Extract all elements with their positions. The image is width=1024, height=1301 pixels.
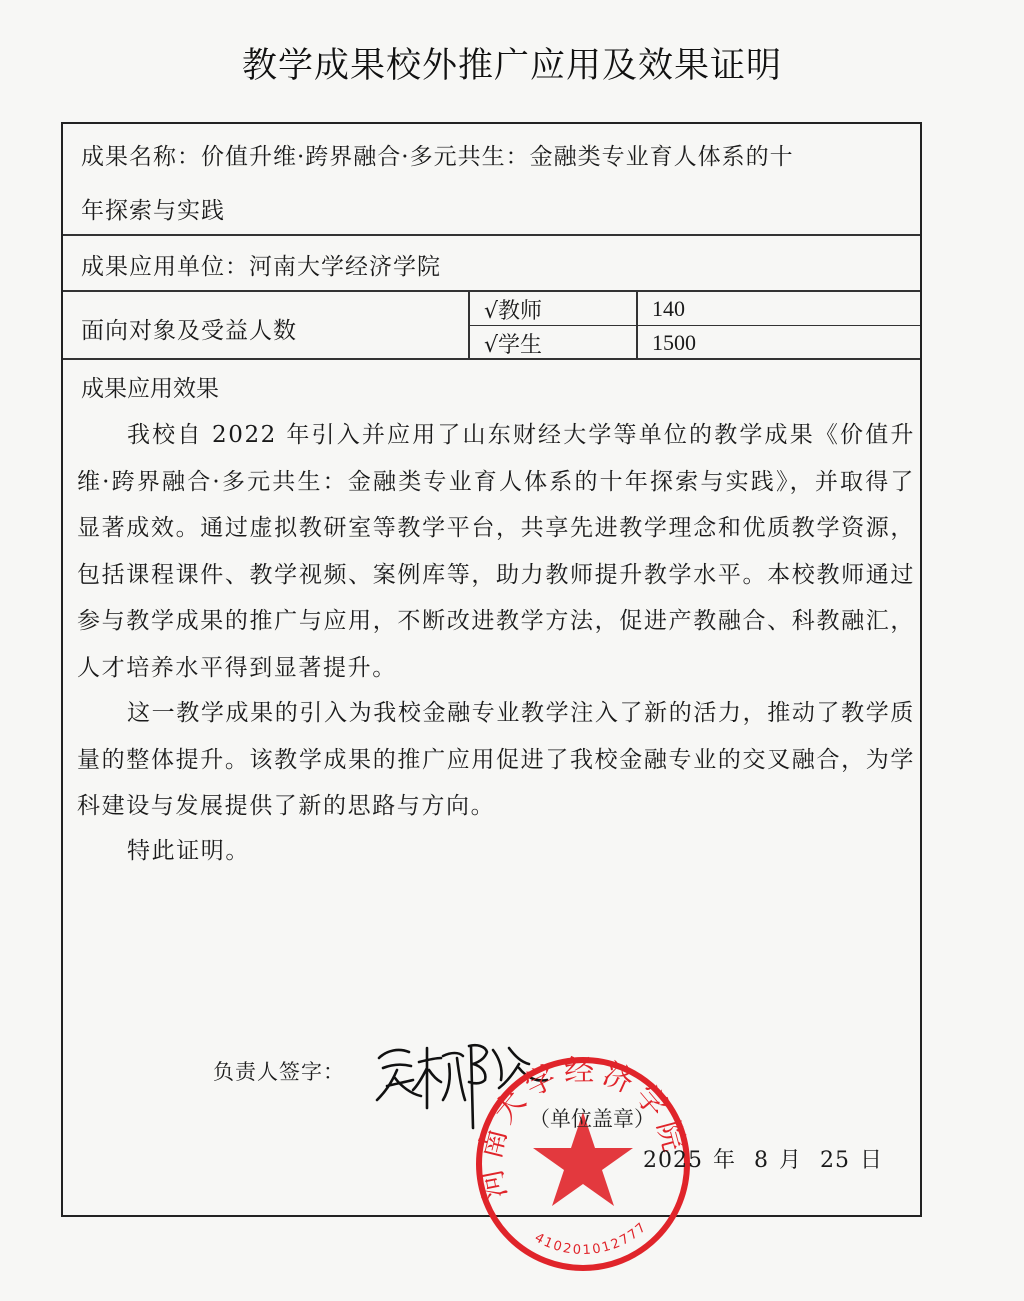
beneficiary-category: √教师 xyxy=(484,294,542,325)
certification-statement: 特此证明。 xyxy=(77,828,915,875)
stamp-caption: （单位盖章） xyxy=(529,1103,655,1133)
application-effect-section: 成果应用效果 我校自 2022 年引入并应用了山东财经大学等单位的教学成果《价值… xyxy=(63,360,920,1215)
beneficiaries-label: 面向对象及受益人数 xyxy=(81,312,297,345)
beneficiaries-table: √教师 140 √学生 1500 xyxy=(468,292,920,358)
achievement-name-line1: 成果名称：价值升维·跨界融合·多元共生：金融类专业育人体系的十 xyxy=(81,138,794,171)
beneficiary-count: 140 xyxy=(636,292,685,325)
achievement-name-line2: 年探索与实践 xyxy=(81,192,225,225)
beneficiary-row-students: √学生 1500 xyxy=(470,326,920,359)
certificate-form: 成果名称：价值升维·跨界融合·多元共生：金融类专业育人体系的十 年探索与实践 成… xyxy=(61,122,922,1217)
effect-paragraph: 我校自 2022 年引入并应用了山东财经大学等单位的教学成果《价值升维·跨界融合… xyxy=(77,412,915,691)
applying-unit-row: 成果应用单位：河南大学经济学院 xyxy=(63,236,920,292)
date-month-unit: 月 xyxy=(779,1148,802,1173)
effect-heading: 成果应用效果 xyxy=(81,370,219,403)
beneficiaries-row: 面向对象及受益人数 √教师 140 √学生 1500 xyxy=(63,292,920,360)
effect-paragraph: 这一教学成果的引入为我校金融专业教学注入了新的活力，推动了教学质量的整体提升。该… xyxy=(77,690,915,830)
date-year: 2025 xyxy=(643,1148,703,1173)
achievement-name-row: 成果名称：价值升维·跨界融合·多元共生：金融类专业育人体系的十 年探索与实践 xyxy=(63,124,920,236)
signature-label: 负责人签字： xyxy=(213,1056,345,1086)
beneficiary-row-teachers: √教师 140 xyxy=(470,292,920,326)
date-month: 8 xyxy=(754,1148,769,1173)
beneficiary-count: 1500 xyxy=(636,326,696,359)
signing-date: 2025年 8月 25日 xyxy=(643,1143,893,1174)
date-day: 25 xyxy=(820,1148,850,1173)
date-day-unit: 日 xyxy=(860,1148,883,1173)
applying-unit-text: 成果应用单位：河南大学经济学院 xyxy=(81,248,441,281)
document-title: 教学成果校外推广应用及效果证明 xyxy=(0,38,1024,88)
beneficiary-category: √学生 xyxy=(484,328,542,359)
date-year-unit: 年 xyxy=(713,1148,736,1173)
